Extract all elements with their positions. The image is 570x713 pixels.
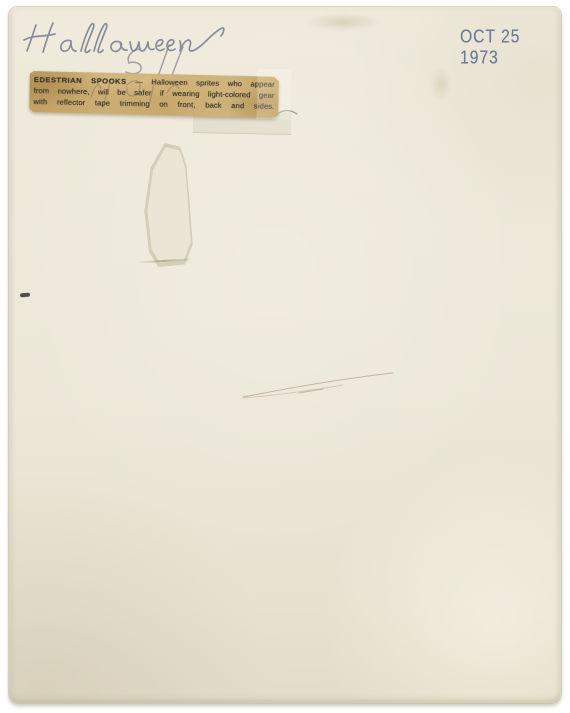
photo-back-paper: Halloween EDESTRIAN SPOOKS — Halloween s… [9, 7, 561, 703]
handwriting-strokes [23, 19, 243, 71]
top-edge-smudge [305, 13, 381, 31]
scratch-mark [239, 369, 397, 401]
pencil-overlay-marks [71, 73, 221, 113]
tape-glare [257, 69, 292, 120]
date-stamp: OCT 25 1973 [460, 27, 556, 69]
handwriting-halloween: Halloween [23, 19, 243, 71]
left-edge-mark [20, 293, 30, 298]
photo-back-scan: Halloween EDESTRIAN SPOOKS — Halloween s… [0, 0, 570, 713]
faint-surface-mark [427, 65, 455, 113]
tape-pull-stain [135, 143, 213, 267]
